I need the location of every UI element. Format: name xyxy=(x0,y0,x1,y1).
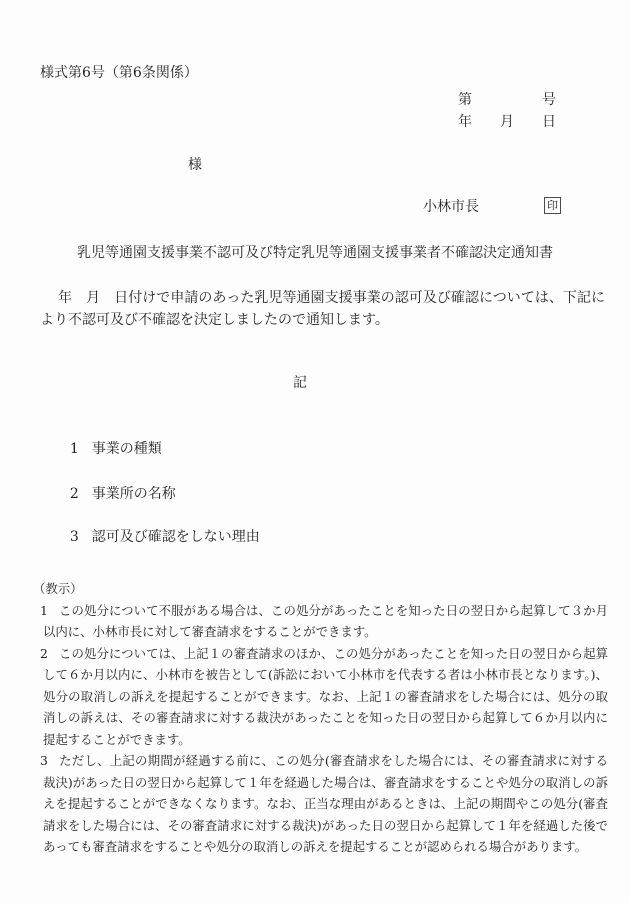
document-page: 様式第6号（第6条関係） 第 号 年 月 日 様 小林市長 印 乳児等通園支援事… xyxy=(0,0,630,903)
kyoji-item-text: この処分については、上記１の審査請求のほか、この処分があったことを知った日の翌日… xyxy=(43,646,608,747)
kyoji-label: （教示） xyxy=(33,578,608,600)
document-number-line: 第 号 xyxy=(458,92,556,108)
ki-heading: 記 xyxy=(0,375,600,391)
kyoji-item-deadline: 3ただし、上記の期間が経過する前に、この処分(審査請求をした場合には、その審査請… xyxy=(30,750,608,858)
list-item-label: 事業の種類 xyxy=(92,441,162,457)
main-paragraph: 年 月 日付けで申請のあった乳児等通園支援事業の認可及び確認については、下記によ… xyxy=(40,287,605,331)
form-number: 様式第6号（第6条関係） xyxy=(40,65,198,81)
kyoji-item-text: ただし、上記の期間が経過する前に、この処分(審査請求をした場合には、その審査請求… xyxy=(43,753,608,854)
recipient-suffix: 様 xyxy=(188,157,202,173)
kyoji-item-number: 3 xyxy=(40,753,48,768)
list-item-business-type: 1事業の種類 xyxy=(52,425,162,473)
document-title: 乳児等通園支援事業不認可及び特定乳児等通園支援事業者不確認決定通知書 xyxy=(0,245,630,261)
list-item-label: 事業所の名称 xyxy=(92,486,176,502)
list-item-number: 2 xyxy=(70,486,79,502)
kyoji-item-appeal: 1この処分について不服がある場合は、この処分があったことを知った日の翌日から起算… xyxy=(30,600,608,643)
list-item-office-name: 2事業所の名称 xyxy=(52,470,176,518)
list-item-number: 1 xyxy=(70,441,79,457)
kyoji-item-text: この処分について不服がある場合は、この処分があったことを知った日の翌日から起算し… xyxy=(43,603,608,640)
seal-placeholder-icon: 印 xyxy=(544,197,561,214)
list-item-label: 認可及び確認をしない理由 xyxy=(92,529,260,545)
list-item-number: 3 xyxy=(70,529,79,545)
kyoji-item-number: 1 xyxy=(40,603,48,618)
kyoji-item-number: 2 xyxy=(40,646,48,661)
sender-name: 小林市長 xyxy=(423,199,479,215)
kyoji-item-lawsuit: 2この処分については、上記１の審査請求のほか、この処分があったことを知った日の翌… xyxy=(30,643,608,751)
kyoji-section: （教示） 1この処分について不服がある場合は、この処分があったことを知った日の翌… xyxy=(30,578,608,858)
date-line: 年 月 日 xyxy=(458,114,556,130)
list-item-refusal-reason: 3認可及び確認をしない理由 xyxy=(52,513,260,561)
